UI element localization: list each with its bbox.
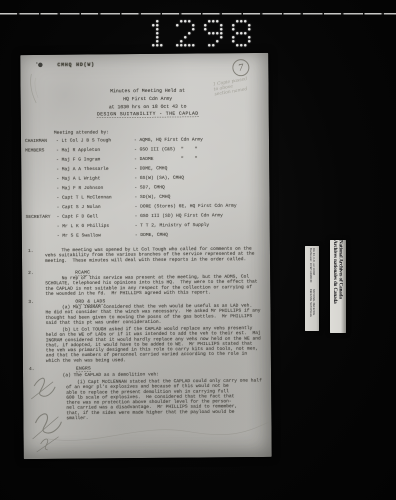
attendee-role: - GSO III (C&S) " "	[134, 146, 197, 152]
attended-by-label: Meeting attended by:	[54, 129, 109, 135]
attendee-role: - DDME, CMHQ	[134, 165, 167, 171]
attendee-role: - SD7, CMHQ	[134, 184, 164, 190]
attendee-role: - AQMG, HQ First Cdn Army	[134, 136, 203, 142]
title-block: Minutes of Meeting Held atHQ First Cdn A…	[73, 86, 223, 111]
attendee-row: - Mr S E Swallow- DDME, CMHQ	[26, 231, 267, 243]
pencil-wave	[43, 416, 273, 448]
attendee-role: - DDME, CMHQ	[135, 232, 168, 238]
section-3-number: 3.	[28, 299, 34, 305]
attendee-name: - Mr L K G Phillips	[57, 223, 109, 229]
attendee-list: CHAIRMAN- Lt Col J B S Tough- AQMG, HQ F…	[25, 136, 267, 243]
text-line: the wounded in the fd. Mr PHILLIPS agree…	[45, 289, 270, 296]
attendee-name: - Maj R Appleton	[56, 147, 100, 153]
section-2-text: No rep of this service was present at th…	[45, 274, 270, 297]
section-1-number: 1.	[28, 248, 34, 254]
attendee-name: - Maj A A Thessarle	[56, 166, 108, 172]
attendee-name: - Capt T L McClennan	[56, 194, 111, 200]
defence-strip-reference: RG 24, C-8, vol 10248file/dossier: 1/VEH…	[309, 248, 315, 283]
attendee-name: - Maj F G Ingram	[56, 156, 100, 162]
attendee-label: CHAIRMAN	[25, 138, 47, 144]
frame-digit	[232, 20, 252, 47]
attendee-role: - DADME " "	[134, 156, 197, 162]
attendee-label: SECRETARY	[26, 214, 51, 220]
circled-number: 7	[231, 58, 250, 77]
frame-counter	[148, 20, 252, 47]
archives-french-label: Archives nationales du Canada	[333, 240, 339, 333]
section-2-number: 2.	[28, 270, 34, 276]
section-3b-text: (b) Lt Col TOUGH asked if the CAPLAD wou…	[46, 325, 271, 363]
attendee-role: - DORE (Stores) 6E, HQ First Cdn Army	[135, 203, 237, 209]
attendee-role: - SD(W), CMHQ	[134, 194, 170, 200]
text-line: which the veh was being used.	[46, 356, 271, 363]
text-line: RG 24, C-8, vol 10248	[312, 248, 315, 283]
attendee-role: - GS(W) (SA), CMHQ	[134, 175, 184, 181]
circled-number-value: 7	[237, 62, 244, 73]
text-line: file/dossier: 1/VEH ARMD 6F	[309, 248, 312, 283]
attendee-name: - Maj A L Wright	[56, 175, 100, 181]
frame-digit	[204, 20, 224, 47]
attendee-name: - Maj F R Johnson	[56, 185, 103, 191]
national-archives-strip-text: National Archives of Canada Archives nat…	[330, 240, 346, 333]
attendee-role: - GSO III (SD) HQ First Cdn Army	[135, 212, 223, 218]
text-line: NATIONAL DEFENCE	[312, 289, 315, 317]
attendee-name: - Lt Col J B S Tough	[56, 137, 111, 143]
subject-text: DESIGN SUITABILITY - THE CAPLAD	[97, 111, 199, 118]
document-page: CMHQ HD(W) 7 1 Copie passedto abovesecti…	[20, 53, 272, 459]
frame-digit	[148, 20, 168, 47]
section-3a-text: (a) Maj INGRAM considered that the veh w…	[45, 303, 270, 326]
attendee-name: - Capt F D Gell	[57, 213, 98, 219]
attendee-role: - T T 2, Ministry of Supply	[135, 222, 209, 228]
cmhq-stamp: CMHQ HD(W)	[57, 62, 95, 68]
section-1-text: The meeting was opened by Lt Col Tough w…	[45, 246, 270, 263]
defence-strip-title: NATIONAL DEFENCEDEFENSE NATIONALE	[309, 289, 315, 317]
text-line: meeting. These minutes will deal with th…	[45, 256, 270, 263]
national-defence-strip-text: RG 24, C-8, vol 10248file/dossier: 1/VEH…	[305, 246, 319, 331]
attendee-name: - Mr S E Swallow	[57, 232, 101, 238]
attendee-label: MEMBERS	[25, 147, 44, 153]
film-edge-line	[0, 13, 396, 15]
attendee-name: - Capt S J Nolan	[57, 204, 101, 210]
text-line: DEFENSE NATIONALE	[309, 289, 312, 317]
section-4i-text: (i) Capt McCLENNAN stated that the CAPLA…	[66, 378, 273, 421]
subject-line: DESIGN SUITABILITY - THE CAPLAD	[73, 110, 223, 117]
frame-digit	[176, 20, 196, 47]
microfilm-frame: CMHQ HD(W) 7 1 Copie passedto abovesecti…	[0, 0, 396, 500]
archives-english-label: National Archives of Canada	[338, 240, 344, 333]
